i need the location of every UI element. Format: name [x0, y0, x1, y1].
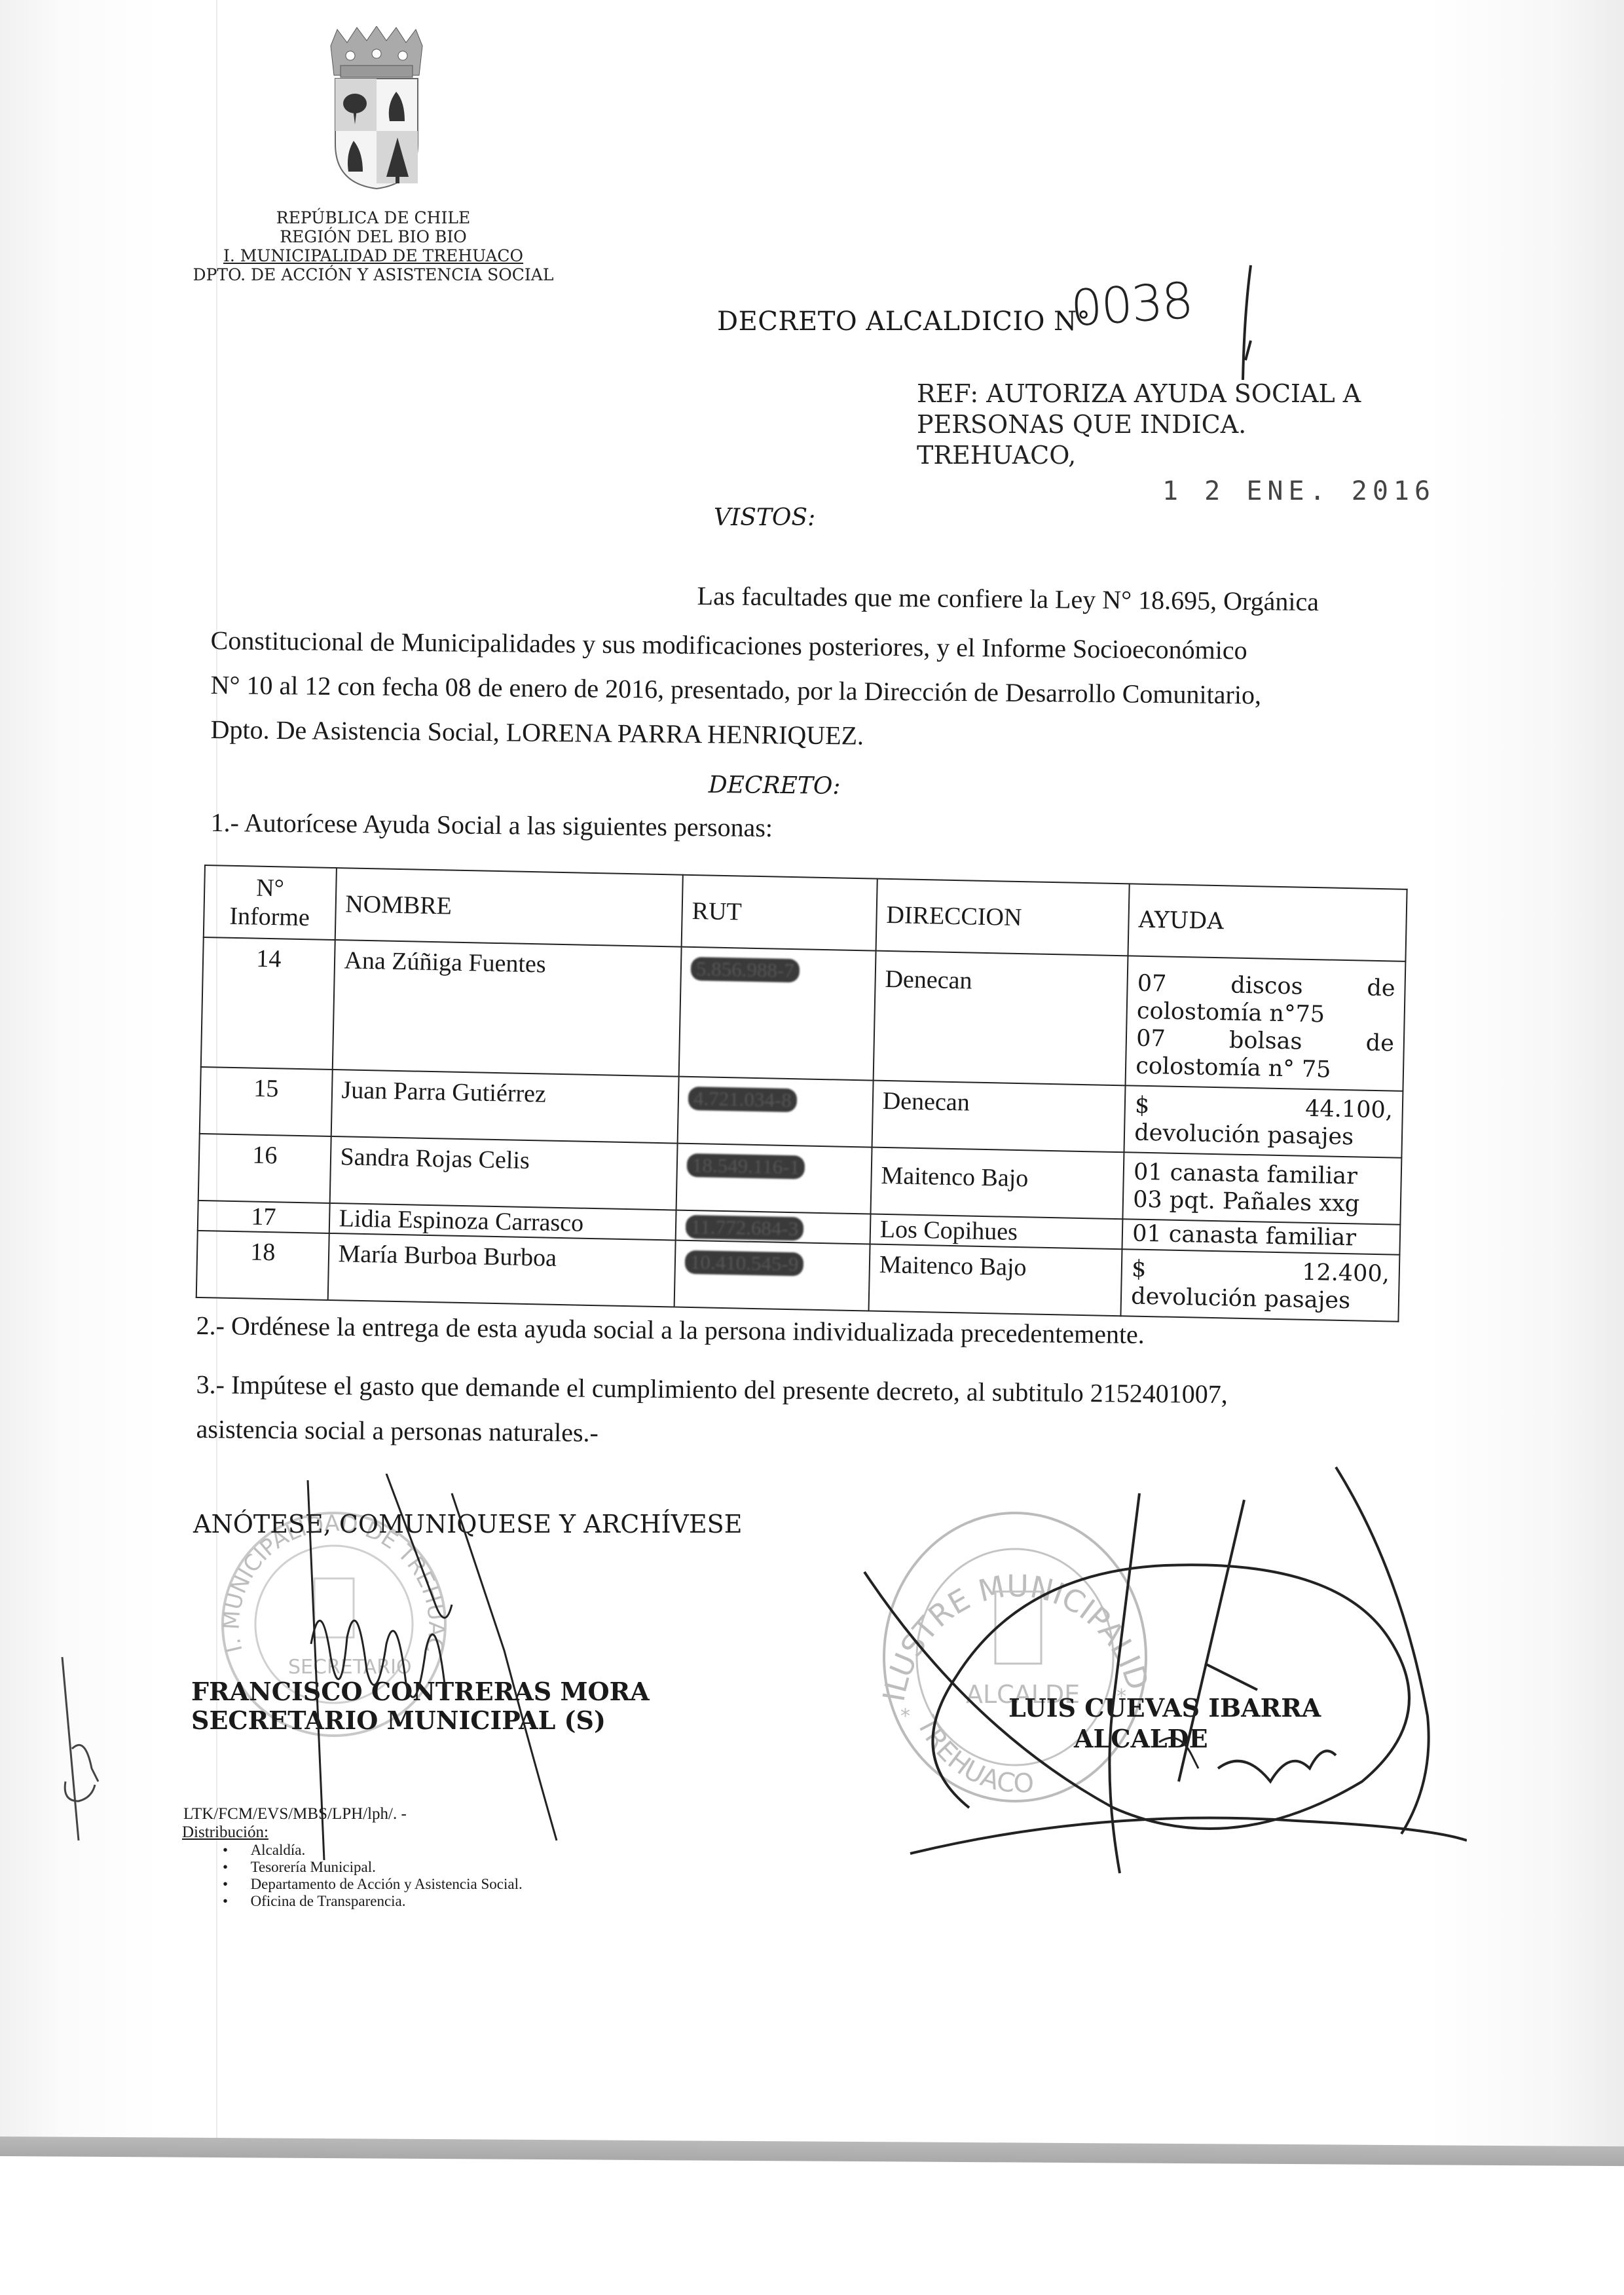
cell-direccion: Denecan	[873, 951, 1128, 1086]
ref-line: PERSONAS QUE INDICA.	[917, 409, 1361, 440]
col-header-nombre: NOMBRE	[335, 868, 683, 947]
cell-rut: 18.549.116-1	[676, 1144, 872, 1214]
table-row: 14 Ana Zúñiga Fuentes 5.856.988-7 Deneca…	[201, 937, 1406, 1091]
reference-block: REF: AUTORIZA AYUDA SOCIAL A PERSONAS QU…	[917, 379, 1361, 471]
cell-rut: 4.721.034-8	[678, 1077, 874, 1147]
col-header-direccion: DIRECCION	[876, 879, 1130, 956]
cell-rut: 11.772.684-3	[676, 1210, 871, 1244]
ref-line: REF: AUTORIZA AYUDA SOCIAL A	[917, 379, 1361, 409]
date-stamp: 1 2 ENE. 2016	[1162, 476, 1435, 506]
decree-title: DECRETO ALCALDICIO N°	[717, 307, 1090, 337]
ref-line: TREHUACO,	[917, 440, 1361, 471]
redacted-rut: 10.410.545-9	[685, 1250, 804, 1277]
cell-ayuda: 01 canasta familiar 03 pqt. Pañales xxg	[1123, 1152, 1402, 1224]
vistos-text-line: Dpto. De Asistencia Social, LORENA PARRA…	[210, 707, 864, 758]
letterhead: REPÚBLICA DE CHILE REGIÓN DEL BIO BIO I.…	[190, 208, 557, 284]
cell-informe: 16	[198, 1134, 331, 1203]
cell-ayuda: $ 44.100, devolución pasajes	[1124, 1085, 1403, 1157]
ayuda-line: devolución pasajes	[1134, 1119, 1393, 1152]
initials-line: LTK/FCM/EVS/MBS/LPH/lph/. -	[183, 1804, 407, 1824]
cell-rut: 5.856.988-7	[679, 947, 876, 1081]
decree-number-handwritten: 0038	[1069, 271, 1194, 338]
vistos-label: VISTOS:	[714, 504, 815, 531]
cell-nombre: Ana Zúñiga Fuentes	[332, 940, 681, 1077]
cell-informe: 18	[196, 1231, 329, 1300]
cell-direccion: Maitenco Bajo	[870, 1147, 1124, 1220]
cell-rut: 10.410.545-9	[674, 1241, 870, 1311]
col-header-informe: N° Informe	[204, 865, 337, 940]
beneficiaries-table: N° Informe NOMBRE RUT DIRECCION AYUDA 14…	[196, 865, 1408, 1322]
list-item: • Oficina de Transparencia.	[223, 1893, 523, 1910]
decreto-label: DECRETO:	[709, 772, 841, 800]
list-item: • Alcaldía.	[223, 1842, 523, 1859]
letterhead-line: I. MUNICIPALIDAD DE TREHUACO	[190, 246, 557, 265]
redacted-rut: 4.721.034-8	[688, 1087, 798, 1112]
coat-of-arms-icon	[321, 26, 432, 190]
cell-nombre: María Burboa Burboa	[327, 1233, 675, 1307]
margin-initials-signature	[52, 1651, 118, 1847]
cell-direccion: Los Copihues	[870, 1214, 1122, 1250]
col-header-ayuda: AYUDA	[1128, 884, 1407, 961]
redacted-rut: 11.772.684-3	[686, 1215, 804, 1241]
cell-ayuda: 07 discos de colostomía n°75 07 bolsas d…	[1126, 956, 1406, 1091]
item-2: 2.- Ordénese la entrega de esta ayuda so…	[196, 1303, 1145, 1357]
ayuda-line: 03 pqt. Pañales xxg	[1133, 1186, 1392, 1219]
cell-direccion: Maitenco Bajo	[868, 1244, 1122, 1316]
distribution-list: • Alcaldía. • Tesorería Municipal. • Dep…	[223, 1842, 523, 1910]
letterhead-line: REGIÓN DEL BIO BIO	[190, 227, 557, 246]
col-header-rut: RUT	[682, 875, 877, 951]
letterhead-line: REPÚBLICA DE CHILE	[190, 208, 557, 227]
list-item: • Departamento de Acción y Asistencia So…	[223, 1876, 523, 1893]
handwritten-slash	[1231, 262, 1264, 393]
cell-informe: 14	[201, 937, 335, 1070]
vistos-text-first: Las facultades que me confiere la Ley N°…	[697, 574, 1319, 624]
redacted-rut: 18.549.116-1	[687, 1153, 805, 1180]
letterhead-line: DPTO. DE ACCIÓN Y ASISTENCIA SOCIAL	[190, 265, 557, 284]
distribution-label: Distribución:	[182, 1823, 268, 1842]
item-3-line-2: asistencia social a personas naturales.-	[196, 1407, 599, 1455]
cell-ayuda: $ 12.400, devolución pasajes	[1121, 1249, 1400, 1321]
cell-nombre: Sandra Rojas Celis	[329, 1136, 677, 1210]
cell-informe: 17	[198, 1201, 329, 1233]
ayuda-line: colostomía n° 75	[1135, 1053, 1394, 1085]
list-item: • Tesorería Municipal.	[223, 1859, 523, 1876]
cell-direccion: Denecan	[872, 1081, 1125, 1153]
cell-informe: 15	[200, 1067, 333, 1136]
item-1: 1.- Autorícese Ayuda Social a las siguie…	[210, 800, 773, 850]
mayor-signature	[773, 1441, 1467, 1886]
redacted-rut: 5.856.988-7	[691, 957, 800, 982]
decree-title-text: DECRETO ALCALDICIO N°	[717, 307, 1090, 337]
cell-nombre: Juan Parra Gutiérrez	[331, 1070, 678, 1144]
ayuda-line: devolución pasajes	[1131, 1283, 1390, 1316]
